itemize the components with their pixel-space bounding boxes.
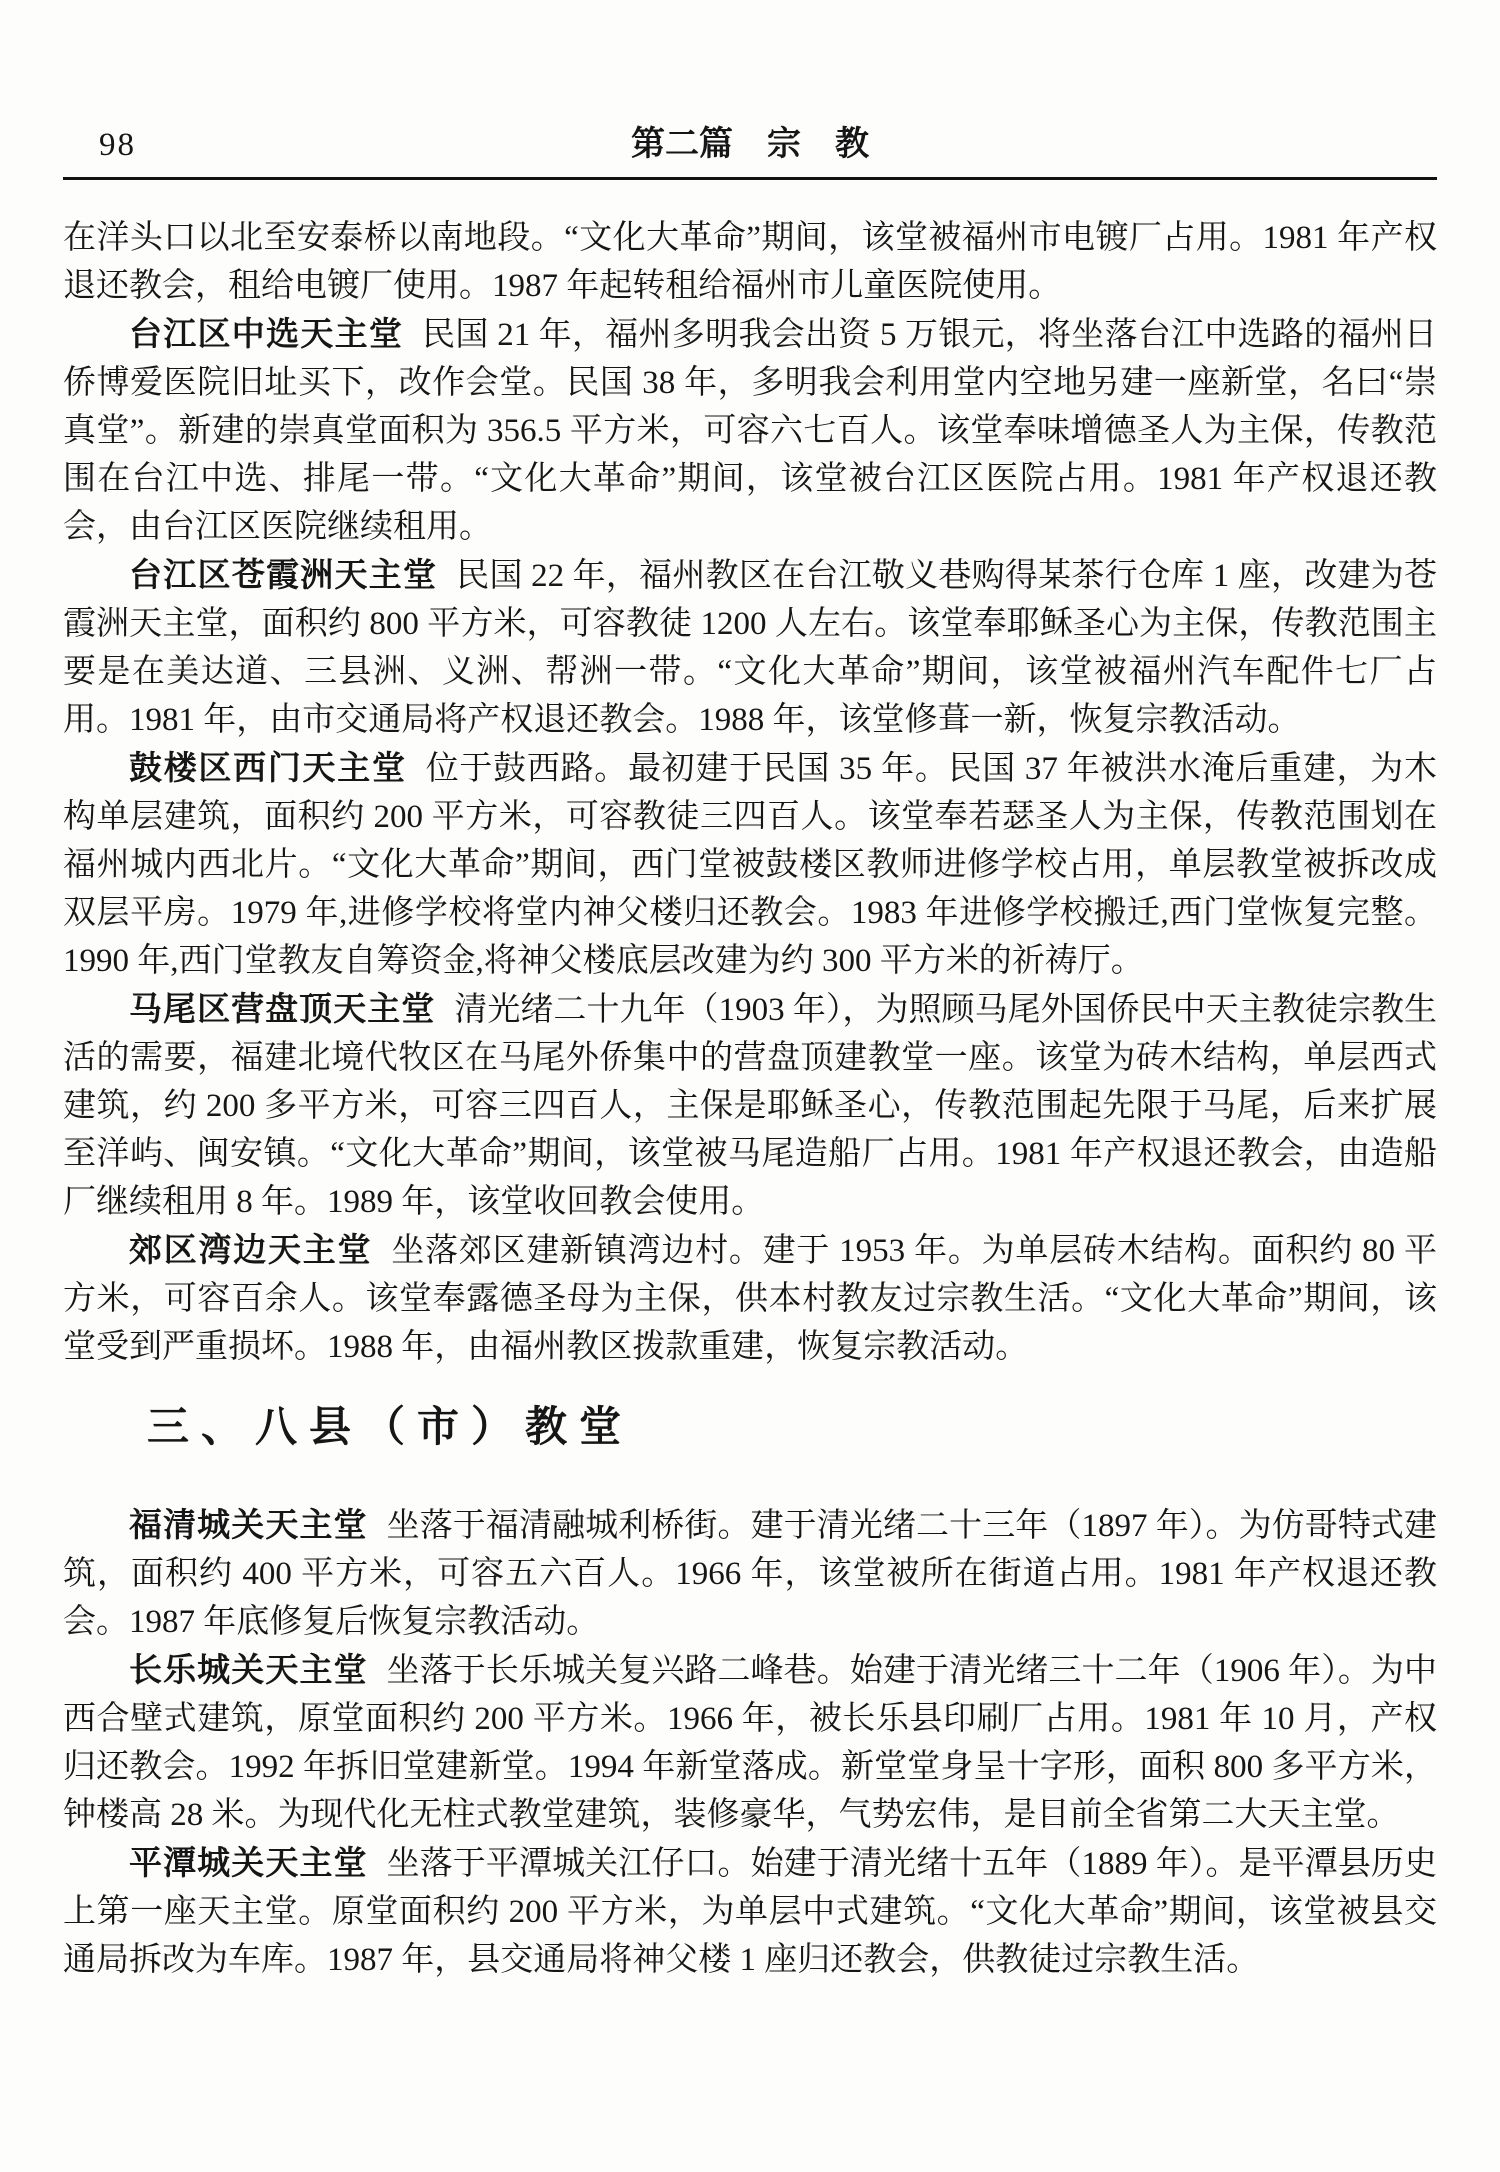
church-name: 台江区苍霞洲天主堂 xyxy=(129,556,437,593)
running-header-title: 第二篇 宗 教 xyxy=(63,126,1437,164)
church-name: 郊区湾边天主堂 xyxy=(129,1231,372,1268)
page-body: 在洋头口以北至安泰桥以南地段。“文化大革命”期间，该堂被福州市电镀厂占用。198… xyxy=(63,214,1437,1984)
church-name: 鼓楼区西门天主堂 xyxy=(129,749,407,786)
header-rule xyxy=(63,177,1437,180)
book-page: 98 第二篇 宗 教 在洋头口以北至安泰桥以南地段。“文化大革命”期间，该堂被福… xyxy=(0,0,1500,2172)
section-heading: 三、八县（市）教堂 xyxy=(63,1399,1437,1457)
church-entry-pingtan-chengguan: 平潭城关天主堂坐落于平潭城关江仔口。始建于清光绪十五年（1889 年）。是平潭县… xyxy=(63,1839,1437,1984)
church-name: 长乐城关天主堂 xyxy=(129,1651,368,1688)
church-entry-taijiang-zhongxuan: 台江区中选天主堂民国 21 年，福州多明我会出资 5 万银元，将坐落台江中选路的… xyxy=(63,310,1437,551)
church-name: 马尾区营盘顶天主堂 xyxy=(129,990,435,1027)
church-name: 福清城关天主堂 xyxy=(129,1506,368,1543)
church-entry-gulou-ximen: 鼓楼区西门天主堂位于鼓西路。最初建于民国 35 年。民国 37 年被洪水淹后重建… xyxy=(63,744,1437,985)
church-entry-fuqing-chengguan: 福清城关天主堂坐落于福清融城利桥街。建于清光绪二十三年（1897 年）。为仿哥特… xyxy=(63,1501,1437,1646)
church-entry-jiaoqu-wanbian: 郊区湾边天主堂坐落郊区建新镇湾边村。建于 1953 年。为单层砖木结构。面积约 … xyxy=(63,1226,1437,1371)
church-entry-mawei-yingpanding: 马尾区营盘顶天主堂清光绪二十九年（1903 年），为照顾马尾外国侨民中天主教徒宗… xyxy=(63,985,1437,1226)
running-header: 98 第二篇 宗 教 xyxy=(63,126,1437,164)
church-name: 平潭城关天主堂 xyxy=(129,1844,368,1881)
church-name: 台江区中选天主堂 xyxy=(129,315,403,352)
church-entry-changle-chengguan: 长乐城关天主堂坐落于长乐城关复兴路二峰巷。始建于清光绪三十二年（1906 年）。… xyxy=(63,1646,1437,1839)
paragraph-text: 在洋头口以北至安泰桥以南地段。“文化大革命”期间，该堂被福州市电镀厂占用。198… xyxy=(63,220,1437,304)
continuation-paragraph: 在洋头口以北至安泰桥以南地段。“文化大革命”期间，该堂被福州市电镀厂占用。198… xyxy=(63,214,1437,310)
church-entry-taijiang-cangxiazhou: 台江区苍霞洲天主堂民国 22 年，福州教区在台江敬义巷购得某茶行仓库 1 座，改… xyxy=(63,551,1437,744)
